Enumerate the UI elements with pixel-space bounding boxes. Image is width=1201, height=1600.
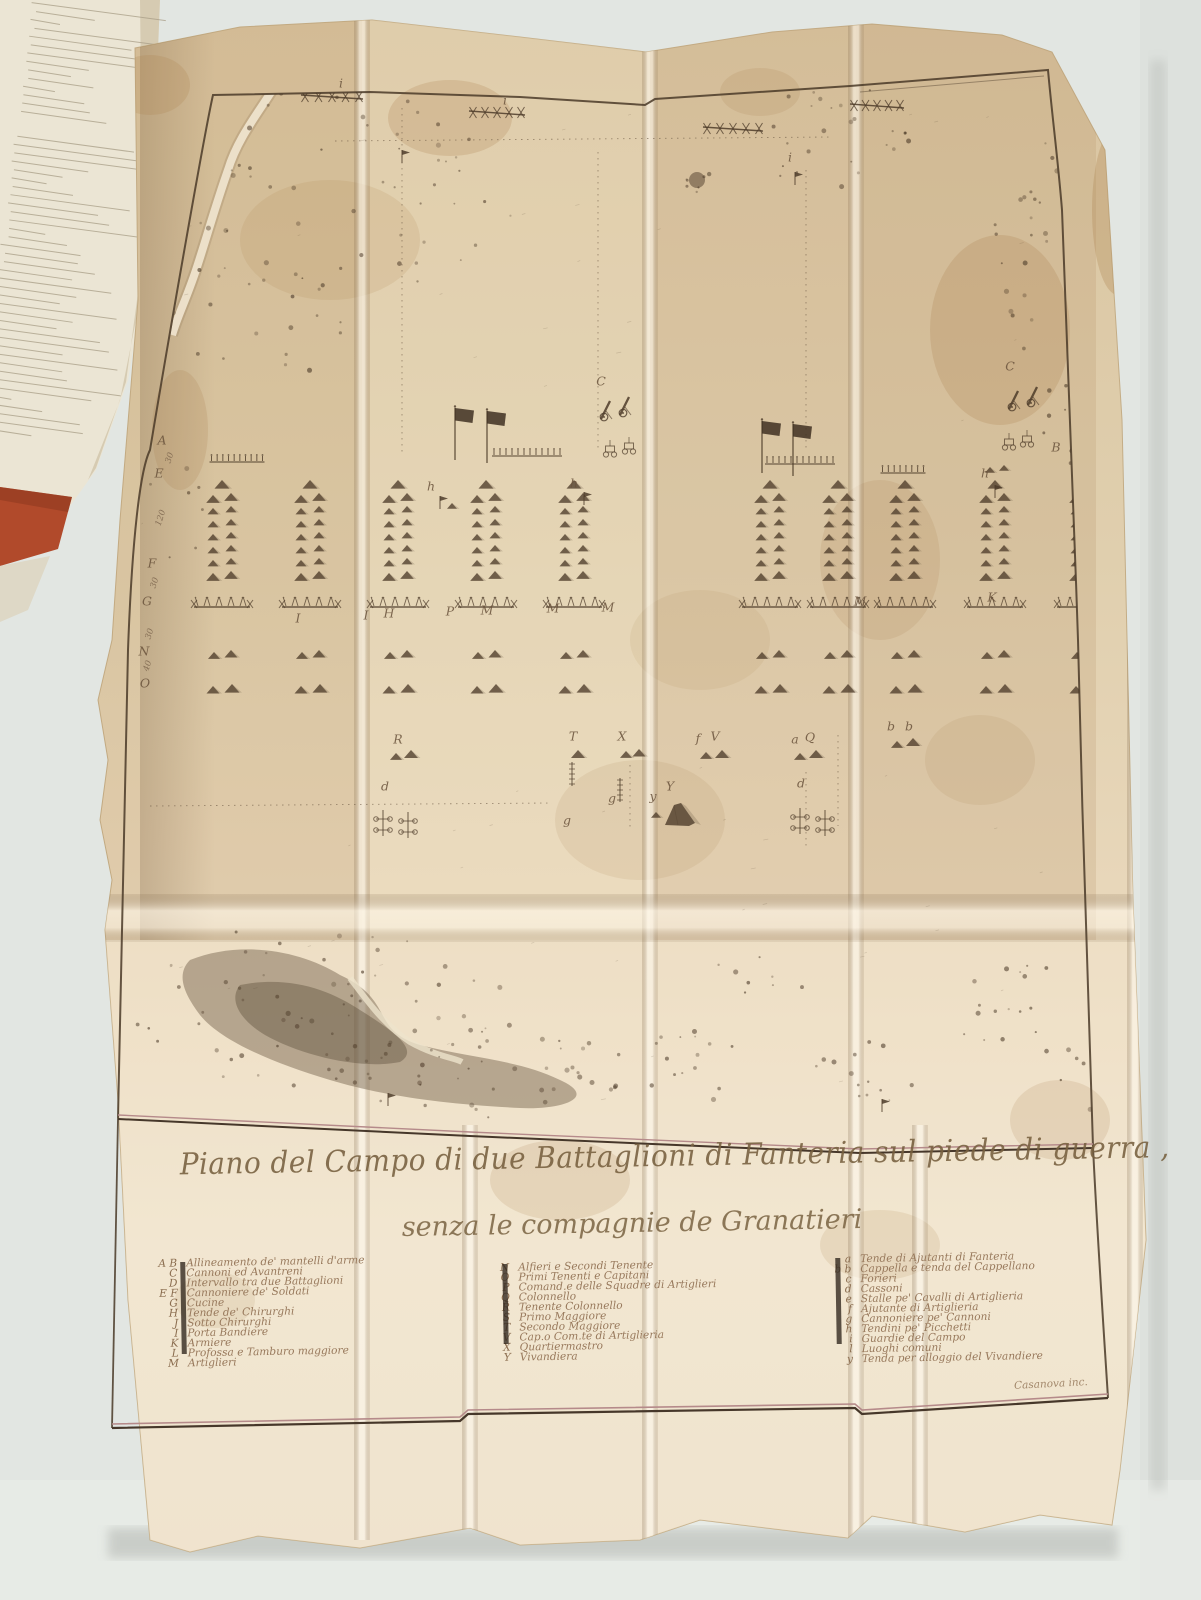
plan-letter: y bbox=[649, 789, 656, 804]
foldout-plate-paper bbox=[95, 0, 1155, 1580]
plan-letter: h bbox=[427, 479, 435, 494]
plan-letter: G bbox=[142, 594, 152, 609]
plan-letter: g bbox=[563, 813, 571, 828]
plan-letter: b bbox=[905, 719, 913, 734]
plan-letter: R bbox=[393, 732, 402, 747]
plan-letter: H bbox=[384, 606, 395, 621]
plan-letter: i bbox=[339, 76, 343, 91]
plan-letter: T bbox=[569, 729, 577, 744]
plan-letter: d bbox=[797, 776, 805, 791]
plan-letter: N bbox=[139, 644, 150, 659]
plan-letter: M bbox=[854, 594, 867, 609]
plan-letter: Y bbox=[666, 779, 674, 794]
plan-letter: O bbox=[140, 676, 150, 691]
plan-letter: C bbox=[596, 374, 606, 389]
plan-letter: g bbox=[608, 791, 616, 806]
plan-letter: Q bbox=[805, 730, 815, 745]
plan-letter: M bbox=[481, 603, 494, 618]
plan-letter: h bbox=[570, 476, 578, 491]
plan-letter: a bbox=[791, 732, 798, 747]
plan-letter: A bbox=[157, 433, 166, 448]
plan-letter: F bbox=[148, 556, 157, 571]
plan-letter: C bbox=[1005, 359, 1015, 374]
foldout-plate-illustration bbox=[0, 0, 1201, 1600]
plan-letter: V bbox=[710, 729, 719, 744]
plan-letter: i bbox=[503, 93, 507, 108]
plan-letter: i bbox=[788, 150, 792, 165]
plan-letter: f bbox=[696, 731, 701, 746]
plan-letter: I bbox=[296, 611, 301, 626]
plan-letter: B bbox=[1051, 440, 1060, 455]
plan-letter: h bbox=[981, 466, 989, 481]
plan-letter: X bbox=[618, 729, 627, 744]
photo-of-antique-book-foldout-plate: Piano del Campo di due Battaglioni di Fa… bbox=[0, 0, 1201, 1600]
plan-letter: M bbox=[547, 601, 560, 616]
plan-letter: K bbox=[987, 590, 996, 605]
plan-letter: M bbox=[602, 600, 615, 615]
plan-letter: b bbox=[887, 719, 895, 734]
plan-letter: E bbox=[154, 466, 163, 481]
plan-letter: d bbox=[381, 779, 389, 794]
plan-letter: I bbox=[364, 608, 369, 623]
plan-letter: P bbox=[446, 604, 454, 619]
